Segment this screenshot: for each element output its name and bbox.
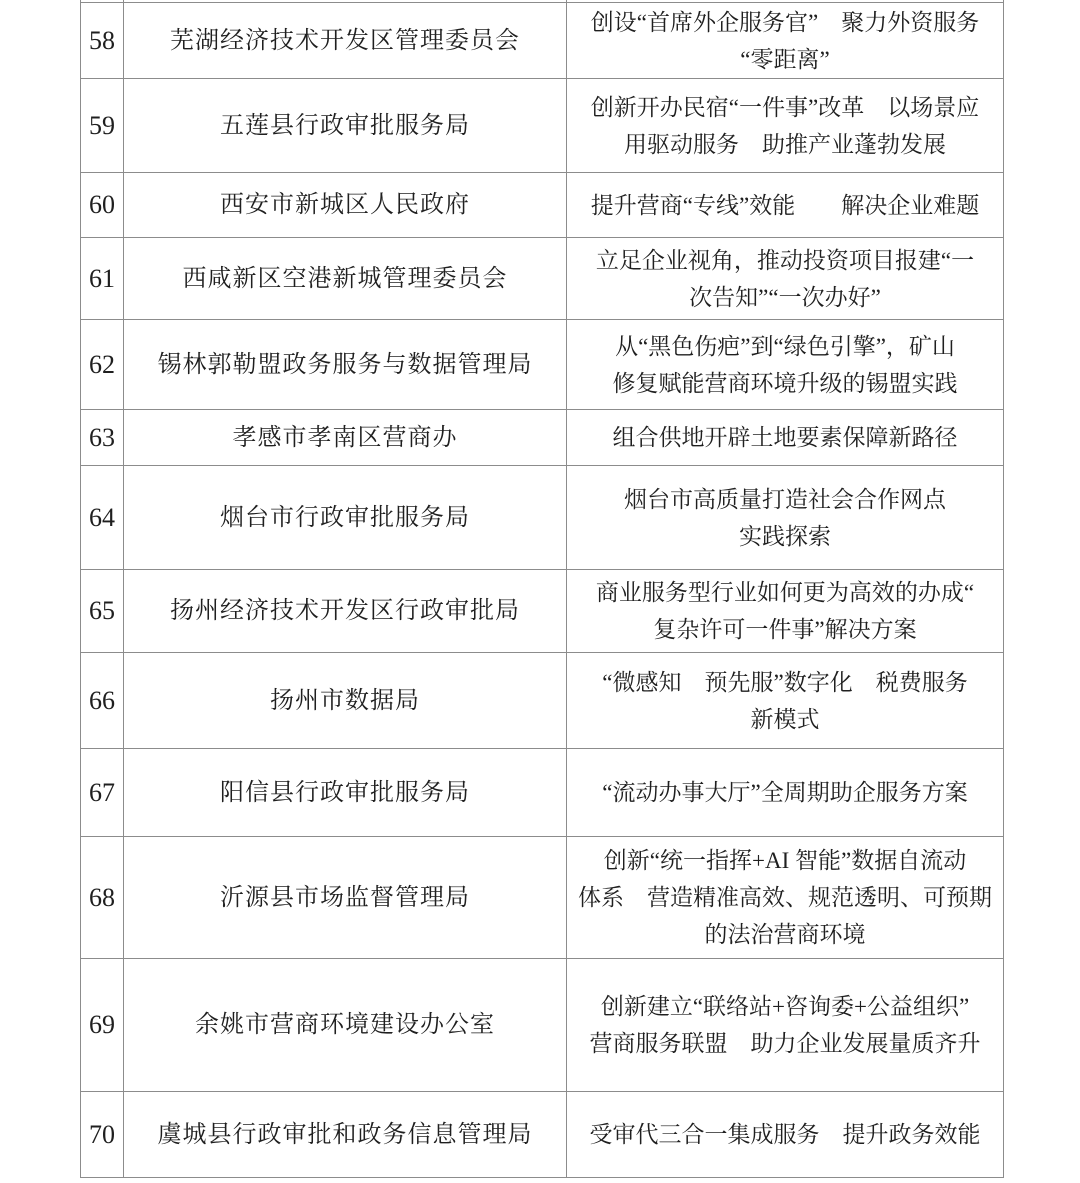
- table-row: 68 沂源县市场监督管理局 创新“统一指挥+AI 智能”数据自流动 体系 营造精…: [81, 837, 1004, 959]
- rank-cell: 64: [81, 466, 124, 570]
- case-cell: 创新建立“联络站+咨询委+公益组织” 营商服务联盟 助力企业发展量质齐升: [567, 959, 1004, 1092]
- case-cell: 提升营商“专线”效能 解决企业难题: [567, 173, 1004, 238]
- rank-cell: 65: [81, 570, 124, 653]
- org-cell: 西安市新城区人民政府: [124, 173, 567, 238]
- case-cell: 创新开办民宿“一件事”改革 以场景应 用驱动服务 助推产业蓬勃发展: [567, 79, 1004, 173]
- case-cell: “流动办事大厅”全周期助企服务方案: [567, 749, 1004, 837]
- document-page: 58 芜湖经济技术开发区管理委员会 创设“首席外企服务官” 聚力外资服务 “零距…: [80, 0, 1004, 1178]
- rank-cell: 67: [81, 749, 124, 837]
- awards-table-body: 58 芜湖经济技术开发区管理委员会 创设“首席外企服务官” 聚力外资服务 “零距…: [81, 0, 1004, 1178]
- case-cell: 商业服务型行业如何更为高效的办成“ 复杂许可一件事”解决方案: [567, 570, 1004, 653]
- rank-cell: 59: [81, 79, 124, 173]
- table-row: 58 芜湖经济技术开发区管理委员会 创设“首席外企服务官” 聚力外资服务 “零距…: [81, 3, 1004, 79]
- case-cell: 烟台市高质量打造社会合作网点 实践探索: [567, 466, 1004, 570]
- table-row: 60 西安市新城区人民政府 提升营商“专线”效能 解决企业难题: [81, 173, 1004, 238]
- case-cell: 从“黑色伤疤”到“绿色引擎”，矿山 修复赋能营商环境升级的锡盟实践: [567, 320, 1004, 410]
- org-cell: 余姚市营商环境建设办公室: [124, 959, 567, 1092]
- table-row: 62 锡林郭勒盟政务服务与数据管理局 从“黑色伤疤”到“绿色引擎”，矿山 修复赋…: [81, 320, 1004, 410]
- rank-cell: 70: [81, 1092, 124, 1178]
- rank-cell: 60: [81, 173, 124, 238]
- table-row: 65 扬州经济技术开发区行政审批局 商业服务型行业如何更为高效的办成“ 复杂许可…: [81, 570, 1004, 653]
- rank-cell: 66: [81, 653, 124, 749]
- case-cell: “微感知 预先服”数字化 税费服务 新模式: [567, 653, 1004, 749]
- org-cell: 虞城县行政审批和政务信息管理局: [124, 1092, 567, 1178]
- table-row: 67 阳信县行政审批服务局 “流动办事大厅”全周期助企服务方案: [81, 749, 1004, 837]
- org-cell: 孝感市孝南区营商办: [124, 410, 567, 466]
- table-row: 61 西咸新区空港新城管理委员会 立足企业视角，推动投资项目报建“一 次告知”“…: [81, 238, 1004, 320]
- org-cell: 扬州经济技术开发区行政审批局: [124, 570, 567, 653]
- table-row: 70 虞城县行政审批和政务信息管理局 受审代三合一集成服务 提升政务效能: [81, 1092, 1004, 1178]
- org-cell: 锡林郭勒盟政务服务与数据管理局: [124, 320, 567, 410]
- rank-cell: 61: [81, 238, 124, 320]
- org-cell: 阳信县行政审批服务局: [124, 749, 567, 837]
- rank-cell: 69: [81, 959, 124, 1092]
- case-cell: 组合供地开辟土地要素保障新路径: [567, 410, 1004, 466]
- org-cell: 芜湖经济技术开发区管理委员会: [124, 3, 567, 79]
- org-cell: 西咸新区空港新城管理委员会: [124, 238, 567, 320]
- table-row: 69 余姚市营商环境建设办公室 创新建立“联络站+咨询委+公益组织” 营商服务联…: [81, 959, 1004, 1092]
- table-row: 63 孝感市孝南区营商办 组合供地开辟土地要素保障新路径: [81, 410, 1004, 466]
- table-row: 59 五莲县行政审批服务局 创新开办民宿“一件事”改革 以场景应 用驱动服务 助…: [81, 79, 1004, 173]
- rank-cell: 63: [81, 410, 124, 466]
- case-cell: 创新“统一指挥+AI 智能”数据自流动 体系 营造精准高效、规范透明、可预期 的…: [567, 837, 1004, 959]
- case-cell: 立足企业视角，推动投资项目报建“一 次告知”“一次办好”: [567, 238, 1004, 320]
- case-cell: 受审代三合一集成服务 提升政务效能: [567, 1092, 1004, 1178]
- table-row: 64 烟台市行政审批服务局 烟台市高质量打造社会合作网点 实践探索: [81, 466, 1004, 570]
- org-cell: 扬州市数据局: [124, 653, 567, 749]
- org-cell: 沂源县市场监督管理局: [124, 837, 567, 959]
- awards-table: 58 芜湖经济技术开发区管理委员会 创设“首席外企服务官” 聚力外资服务 “零距…: [80, 0, 1004, 1178]
- case-cell: 创设“首席外企服务官” 聚力外资服务 “零距离”: [567, 3, 1004, 79]
- rank-cell: 58: [81, 3, 124, 79]
- table-row: 66 扬州市数据局 “微感知 预先服”数字化 税费服务 新模式: [81, 653, 1004, 749]
- rank-cell: 62: [81, 320, 124, 410]
- org-cell: 烟台市行政审批服务局: [124, 466, 567, 570]
- rank-cell: 68: [81, 837, 124, 959]
- org-cell: 五莲县行政审批服务局: [124, 79, 567, 173]
